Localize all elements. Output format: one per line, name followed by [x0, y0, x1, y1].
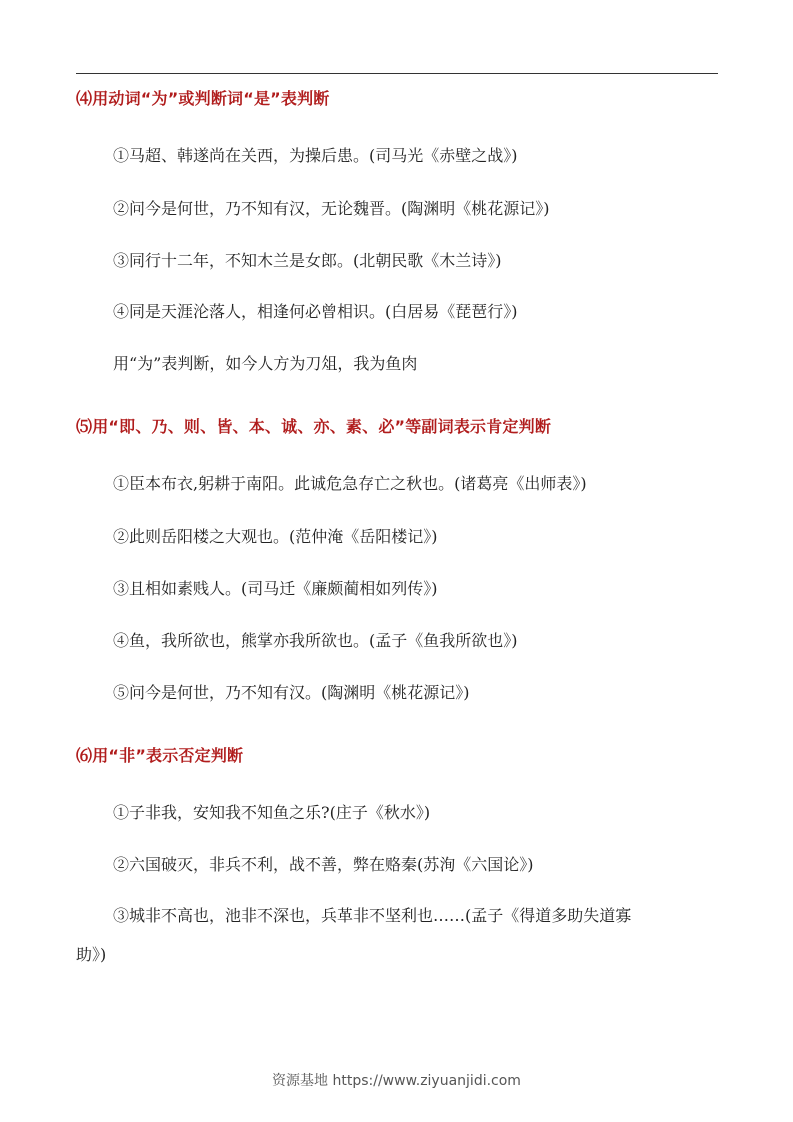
example-line: ④鱼，我所欲也，熊掌亦我所欲也。(孟子《鱼我所欲也》) [76, 628, 718, 654]
example-text: ②此则岳阳楼之大观也。(范仲淹《岳阳楼记》) [113, 527, 438, 546]
example-line-continuation: 助》) [76, 942, 718, 968]
example-line: ①马超、韩遂尚在关西，为操后患。(司马光《赤壁之战》) [76, 143, 718, 169]
example-line: ②此则岳阳楼之大观也。(范仲淹《岳阳楼记》) [76, 524, 718, 550]
example-line: ③且相如素贱人。(司马迁《廉颇蔺相如列传》) [76, 576, 718, 602]
example-line: ②六国破灭，非兵不利，战不善，弊在赂秦(苏洵《六国论》) [76, 852, 718, 878]
example-text: ③且相如素贱人。(司马迁《廉颇蔺相如列传》) [113, 579, 438, 598]
example-text: ③城非不高也，池非不深也，兵革非不坚利也……(孟子《得道多助失道寡 [113, 906, 631, 925]
example-text: ①马超、韩遂尚在关西，为操后患。(司马光《赤壁之战》) [113, 146, 518, 165]
example-line: ③同行十二年，不知木兰是女郎。(北朝民歌《木兰诗》) [76, 248, 718, 274]
example-text: ④鱼，我所欲也，熊掌亦我所欲也。(孟子《鱼我所欲也》) [113, 631, 518, 650]
example-text: 助》) [76, 945, 106, 964]
example-text: ①臣本布衣,躬耕于南阳。此诚危急存亡之秋也。(诸葛亮《出师表》) [113, 474, 587, 493]
example-line: ①子非我，安知我不知鱼之乐?(庄子《秋水》) [76, 800, 718, 826]
document-page: ⑷用动词“为”或判断词“是”表判断 ①马超、韩遂尚在关西，为操后患。(司马光《赤… [0, 0, 793, 1122]
header-rule [76, 73, 718, 74]
note-text: 用“为”表判断，如今人方为刀俎，我为鱼肉 [113, 354, 417, 373]
section-heading-6: ⑹用“非”表示否定判断 [76, 743, 243, 766]
example-text: ⑤问今是何世，乃不知有汉。(陶渊明《桃花源记》) [113, 683, 470, 702]
example-line: ②问今是何世，乃不知有汉，无论魏晋。(陶渊明《桃花源记》) [76, 196, 718, 222]
example-text: ②问今是何世，乃不知有汉，无论魏晋。(陶渊明《桃花源记》) [113, 199, 550, 218]
example-line: ④同是天涯沦落人，相逢何必曾相识。(白居易《琵琶行》) [76, 299, 718, 325]
example-text: ④同是天涯沦落人，相逢何必曾相识。(白居易《琵琶行》) [113, 302, 518, 321]
example-line: ①臣本布衣,躬耕于南阳。此诚危急存亡之秋也。(诸葛亮《出师表》) [76, 471, 718, 497]
example-line: ⑤问今是何世，乃不知有汉。(陶渊明《桃花源记》) [76, 680, 718, 706]
note-line: 用“为”表判断，如今人方为刀俎，我为鱼肉 [76, 351, 718, 377]
example-text: ①子非我，安知我不知鱼之乐?(庄子《秋水》) [113, 803, 430, 822]
section-heading-4: ⑷用动词“为”或判断词“是”表判断 [76, 86, 329, 109]
example-text: ②六国破灭，非兵不利，战不善，弊在赂秦(苏洵《六国论》) [113, 855, 534, 874]
footer-watermark: 资源基地 https://www.ziyuanjidi.com [0, 1070, 793, 1090]
example-text: ③同行十二年，不知木兰是女郎。(北朝民歌《木兰诗》) [113, 251, 502, 270]
example-line: ③城非不高也，池非不深也，兵革非不坚利也……(孟子《得道多助失道寡 [76, 903, 718, 929]
section-heading-5: ⑸用“即、乃、则、皆、本、诚、亦、素、必”等副词表示肯定判断 [76, 414, 551, 437]
